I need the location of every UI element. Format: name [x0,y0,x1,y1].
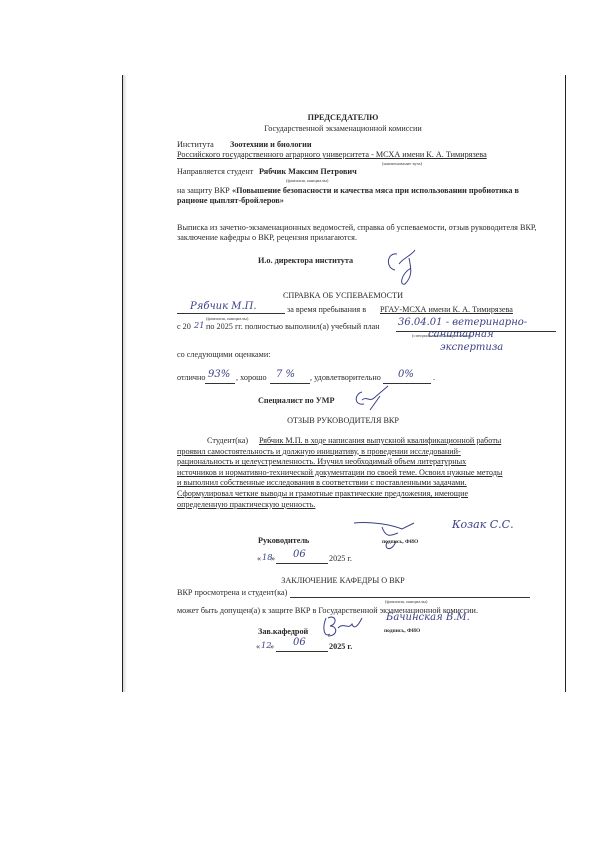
review-line: Сформулировал четкие выводы и грамотные … [177,489,555,500]
head-label: Зав.кафедрой [258,627,308,637]
stay-university: РГАУ-МСХА имени К. А. Тимирязева [380,305,513,315]
transcript-student-handwritten: Рябчик М.П. [190,302,257,312]
supervisor-signature-caption: подпись, ФИО [382,537,418,547]
satisfactory-value: 0% [398,370,414,380]
review-line: Рябчик М.П. в ходе написания выпускной к… [177,436,555,447]
review-text: Рябчик М.П. в ходе написания выпускной к… [177,436,555,510]
transcript-title: СПРАВКА ОБ УСПЕВАЕМОСТИ [122,291,564,301]
head-name-handwritten: Бачинская В.М. [386,613,470,623]
review-line: рациональность и целеустремленность. Изу… [177,457,555,468]
specialty-handwritten-1: 36.04.01 - ветеринарно- [398,318,527,328]
conclusion-date-month: 06 [293,638,306,648]
year-start-handwritten: 21 [194,320,204,330]
reviewed-text: ВКР просмотрена и студент(ка) [177,588,287,598]
defense-prefix: на защиту ВКР [177,186,230,196]
specialist-signature [352,386,392,417]
specialty-handwritten-3: экспертиза [440,343,503,353]
transcript-student-caption: (фамилия, инициалы) [206,316,248,321]
review-line: источников и нормативно-технической доку… [177,468,555,479]
review-date-month: 06 [293,550,306,560]
review-title: ОТЗЫВ РУКОВОДИТЕЛЯ ВКР [122,416,564,426]
conclusion-date-year: 2025 г. [329,642,352,652]
review-line: и выполнил собственные исследования в со… [177,478,555,489]
institute-name: Зоотехнии и биологии [230,140,312,150]
years-suffix: по 2025 гг. полностью выполнил(а) учебны… [206,322,380,332]
university-name: Российского государственного аграрного у… [177,150,487,160]
attachments-line2: заключение кафедры о ВКР, рецензия прила… [177,233,357,243]
conclusion-title: ЗАКЛЮЧЕНИЕ КАФЕДРЫ О ВКР [122,576,564,586]
head-signature-caption: подпись, ФИО [384,626,420,636]
grades-intro: со следующими оценками: [177,350,271,360]
addressee-heading: ПРЕДСЕДАТЕЛЮ [122,113,564,123]
good-label: , хорошо [236,373,267,383]
years-prefix: с 20 [177,322,191,332]
commission-subheading: Государственной экзаменационной комиссии [122,124,564,134]
review-date-year: 2025 г. [329,554,352,564]
review-line: проявил самостоятельность и должную иниц… [177,447,555,458]
attachments-line1: Выписка из зачетно-экзаменационных ведом… [177,223,536,233]
director-signature [385,246,425,291]
student-label: Направляется студент [177,167,253,177]
institute-label: Института [177,140,214,150]
specialist-label: Специалист по УМР [258,396,334,406]
thesis-title-line2: рационе цыплят-бройлеров» [177,196,284,206]
thesis-title-line1: «Повышение безопасности и качества мяса … [232,186,519,196]
review-line: определенную практическую ценность. [177,500,555,511]
director-label: И.о. директора института [258,256,353,266]
grades-end: . [433,373,435,383]
conclusion-student-caption: (фамилия, инициалы) [385,599,427,604]
supervisor-label: Руководитель [258,536,309,546]
specialty-handwritten-2: санитарная [428,330,494,340]
university-caption: (наименование вуза) [382,161,422,166]
head-signature [320,614,364,645]
student-name: Рябчик Максим Петрович [259,167,357,177]
student-caption: (фамилия, инициалы) [286,178,328,183]
excellent-label: отлично [177,373,205,383]
stay-text: за время пребывания в [287,305,366,315]
satisfactory-label: , удовлетворительно [310,373,381,383]
good-value: 7 % [276,370,295,380]
excellent-value: 93% [208,370,230,380]
supervisor-name-handwritten: Козак С.С. [452,520,514,530]
